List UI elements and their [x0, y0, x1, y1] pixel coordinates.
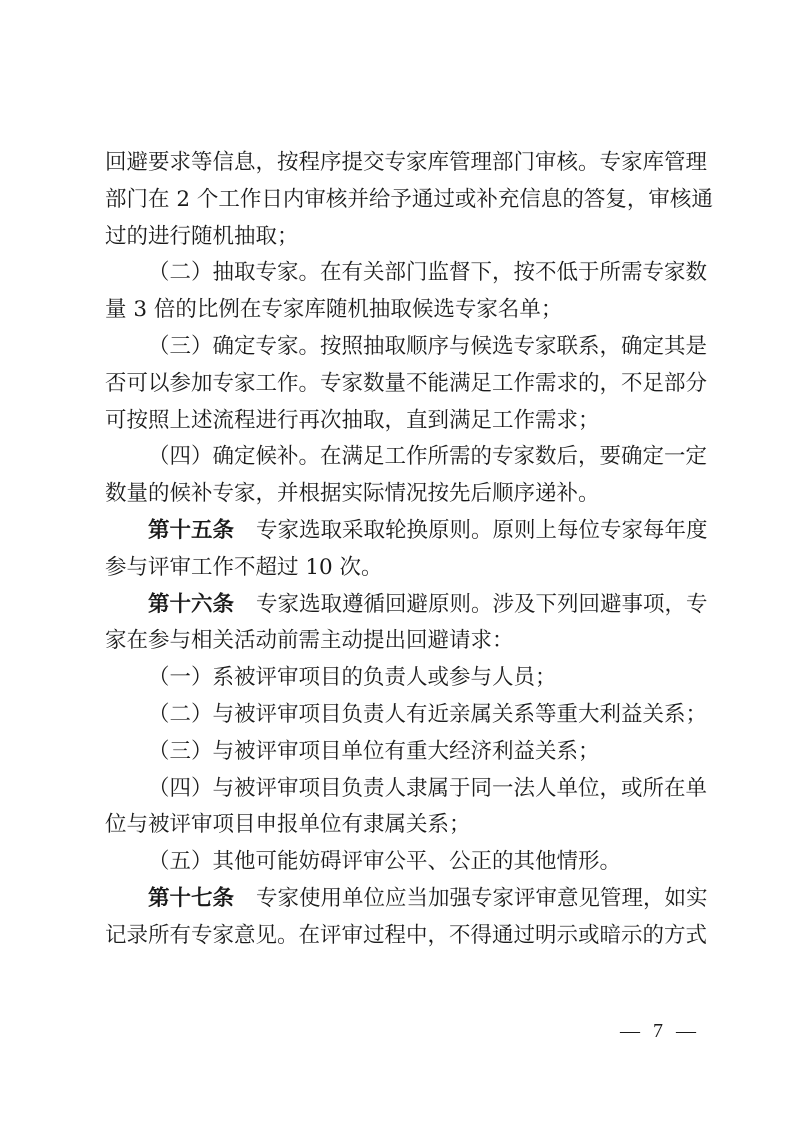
text-line-9: （四）确定候补。在满足工作所需的专家数后，要确定一定 [105, 439, 693, 476]
text-line-1: 回避要求等信息，按程序提交专家库管理部门审核。专家库管理 [105, 145, 693, 182]
article-16-line-1: 第十六条专家选取遵循回避原则。涉及下列回避事项，专 [105, 587, 693, 624]
text-line-16: （二）与被评审项目负责人有近亲属关系等重大利益关系； [105, 697, 693, 734]
document-body: 回避要求等信息，按程序提交专家库管理部门审核。专家库管理 部门在 2 个工作日内… [105, 145, 693, 955]
text-line-15: （一）系被评审项目的负责人或参与人员； [105, 660, 693, 697]
article-17-text: 专家使用单位应当加强专家评审意见管理，如实 [256, 886, 708, 911]
article-17-heading: 第十七条 [148, 886, 234, 911]
text-line-5: 量 3 倍的比例在专家库随机抽取候选专家名单； [105, 292, 693, 329]
text-line-8: 可按照上述流程进行再次抽取，直到满足工作需求； [105, 403, 693, 440]
text-line-12: 参与评审工作不超过 10 次。 [105, 550, 693, 587]
text-line-19: 位与被评审项目申报单位有隶属关系； [105, 807, 693, 844]
text-line-20: （五）其他可能妨碍评审公平、公正的其他情形。 [105, 844, 693, 881]
text-line-3: 过的进行随机抽取； [105, 219, 693, 256]
text-line-2: 部门在 2 个工作日内审核并给予通过或补充信息的答复，审核通 [105, 182, 693, 219]
page-number: — 7 — [620, 1020, 700, 1043]
text-line-22: 记录所有专家意见。在评审过程中，不得通过明示或暗示的方式 [105, 918, 693, 955]
text-line-7: 否可以参加专家工作。专家数量不能满足工作需求的，不足部分 [105, 366, 693, 403]
text-line-10: 数量的候补专家，并根据实际情况按先后顺序递补。 [105, 476, 693, 513]
text-line-18: （四）与被评审项目负责人隶属于同一法人单位，或所在单 [105, 771, 693, 808]
article-15-text: 专家选取采取轮换原则。原则上每位专家每年度 [256, 518, 708, 543]
text-line-14: 家在参与相关活动前需主动提出回避请求： [105, 623, 693, 660]
article-15-line-1: 第十五条专家选取采取轮换原则。原则上每位专家每年度 [105, 513, 693, 550]
article-17-line-1: 第十七条专家使用单位应当加强专家评审意见管理，如实 [105, 881, 693, 918]
text-line-4: （二）抽取专家。在有关部门监督下，按不低于所需专家数 [105, 255, 693, 292]
text-line-6: （三）确定专家。按照抽取顺序与候选专家联系，确定其是 [105, 329, 693, 366]
article-15-heading: 第十五条 [148, 518, 234, 543]
text-line-17: （三）与被评审项目单位有重大经济利益关系； [105, 734, 693, 771]
article-16-text: 专家选取遵循回避原则。涉及下列回避事项，专 [256, 592, 708, 617]
article-16-heading: 第十六条 [148, 592, 234, 617]
